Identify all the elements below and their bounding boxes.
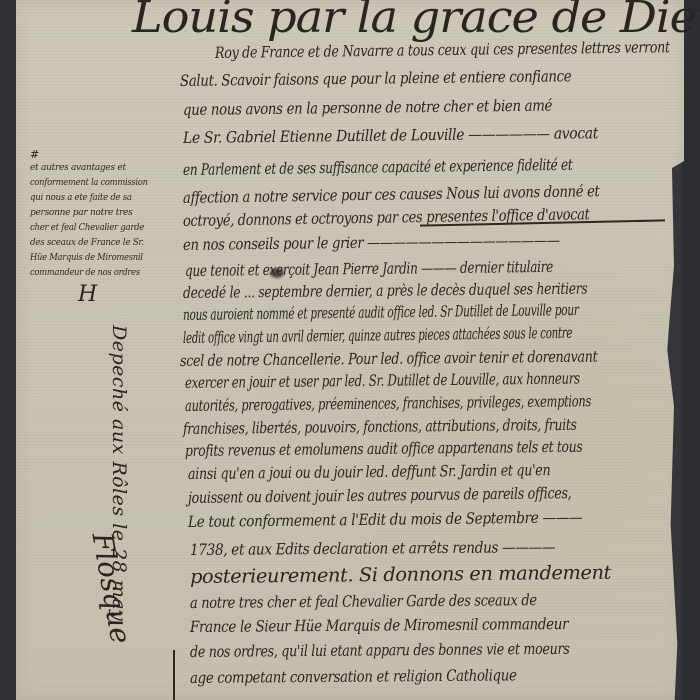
left-background-edge xyxy=(0,0,16,700)
margin-note-line: des sceaux de France le Sr. xyxy=(30,237,144,248)
body-line: de nos ordres, qu'il lui etant apparu de… xyxy=(190,640,569,661)
body-line: a notre tres cher et feal Chevalier Gard… xyxy=(190,591,537,612)
body-line: France le Sieur Hüe Marquis de Miromesni… xyxy=(190,615,568,636)
right-background-edge xyxy=(682,0,700,700)
margin-note-line: et autres avantages et xyxy=(30,162,126,173)
body-line: age competant conversation et religion C… xyxy=(190,666,517,687)
margin-note-line: Hüe Marquis de Miromesnil xyxy=(30,252,143,263)
margin-note-line: personne par notre tres xyxy=(30,207,132,218)
margin-note-line: cher et feal Chevalier garde xyxy=(30,222,144,233)
body-line: posterieurement. Si donnons en mandement xyxy=(190,562,611,588)
margin-note-line: commandeur de nos ordres xyxy=(30,267,140,278)
body-line: ainsi qu'en a joui ou du jouir led. deff… xyxy=(188,461,550,483)
paraph-initials: H xyxy=(78,282,97,307)
margin-note-line: qui nous a ete faite de sa xyxy=(30,192,132,203)
document-heading: Louis par la grace de Dieu xyxy=(132,0,700,43)
margin-rule xyxy=(173,650,175,700)
ink-blot xyxy=(270,268,284,278)
margin-reference-mark: # xyxy=(30,148,39,161)
margin-note-line: conformement la commission xyxy=(30,177,148,188)
body-line: 1738, et aux Edits declaration et arrêts… xyxy=(190,538,555,559)
